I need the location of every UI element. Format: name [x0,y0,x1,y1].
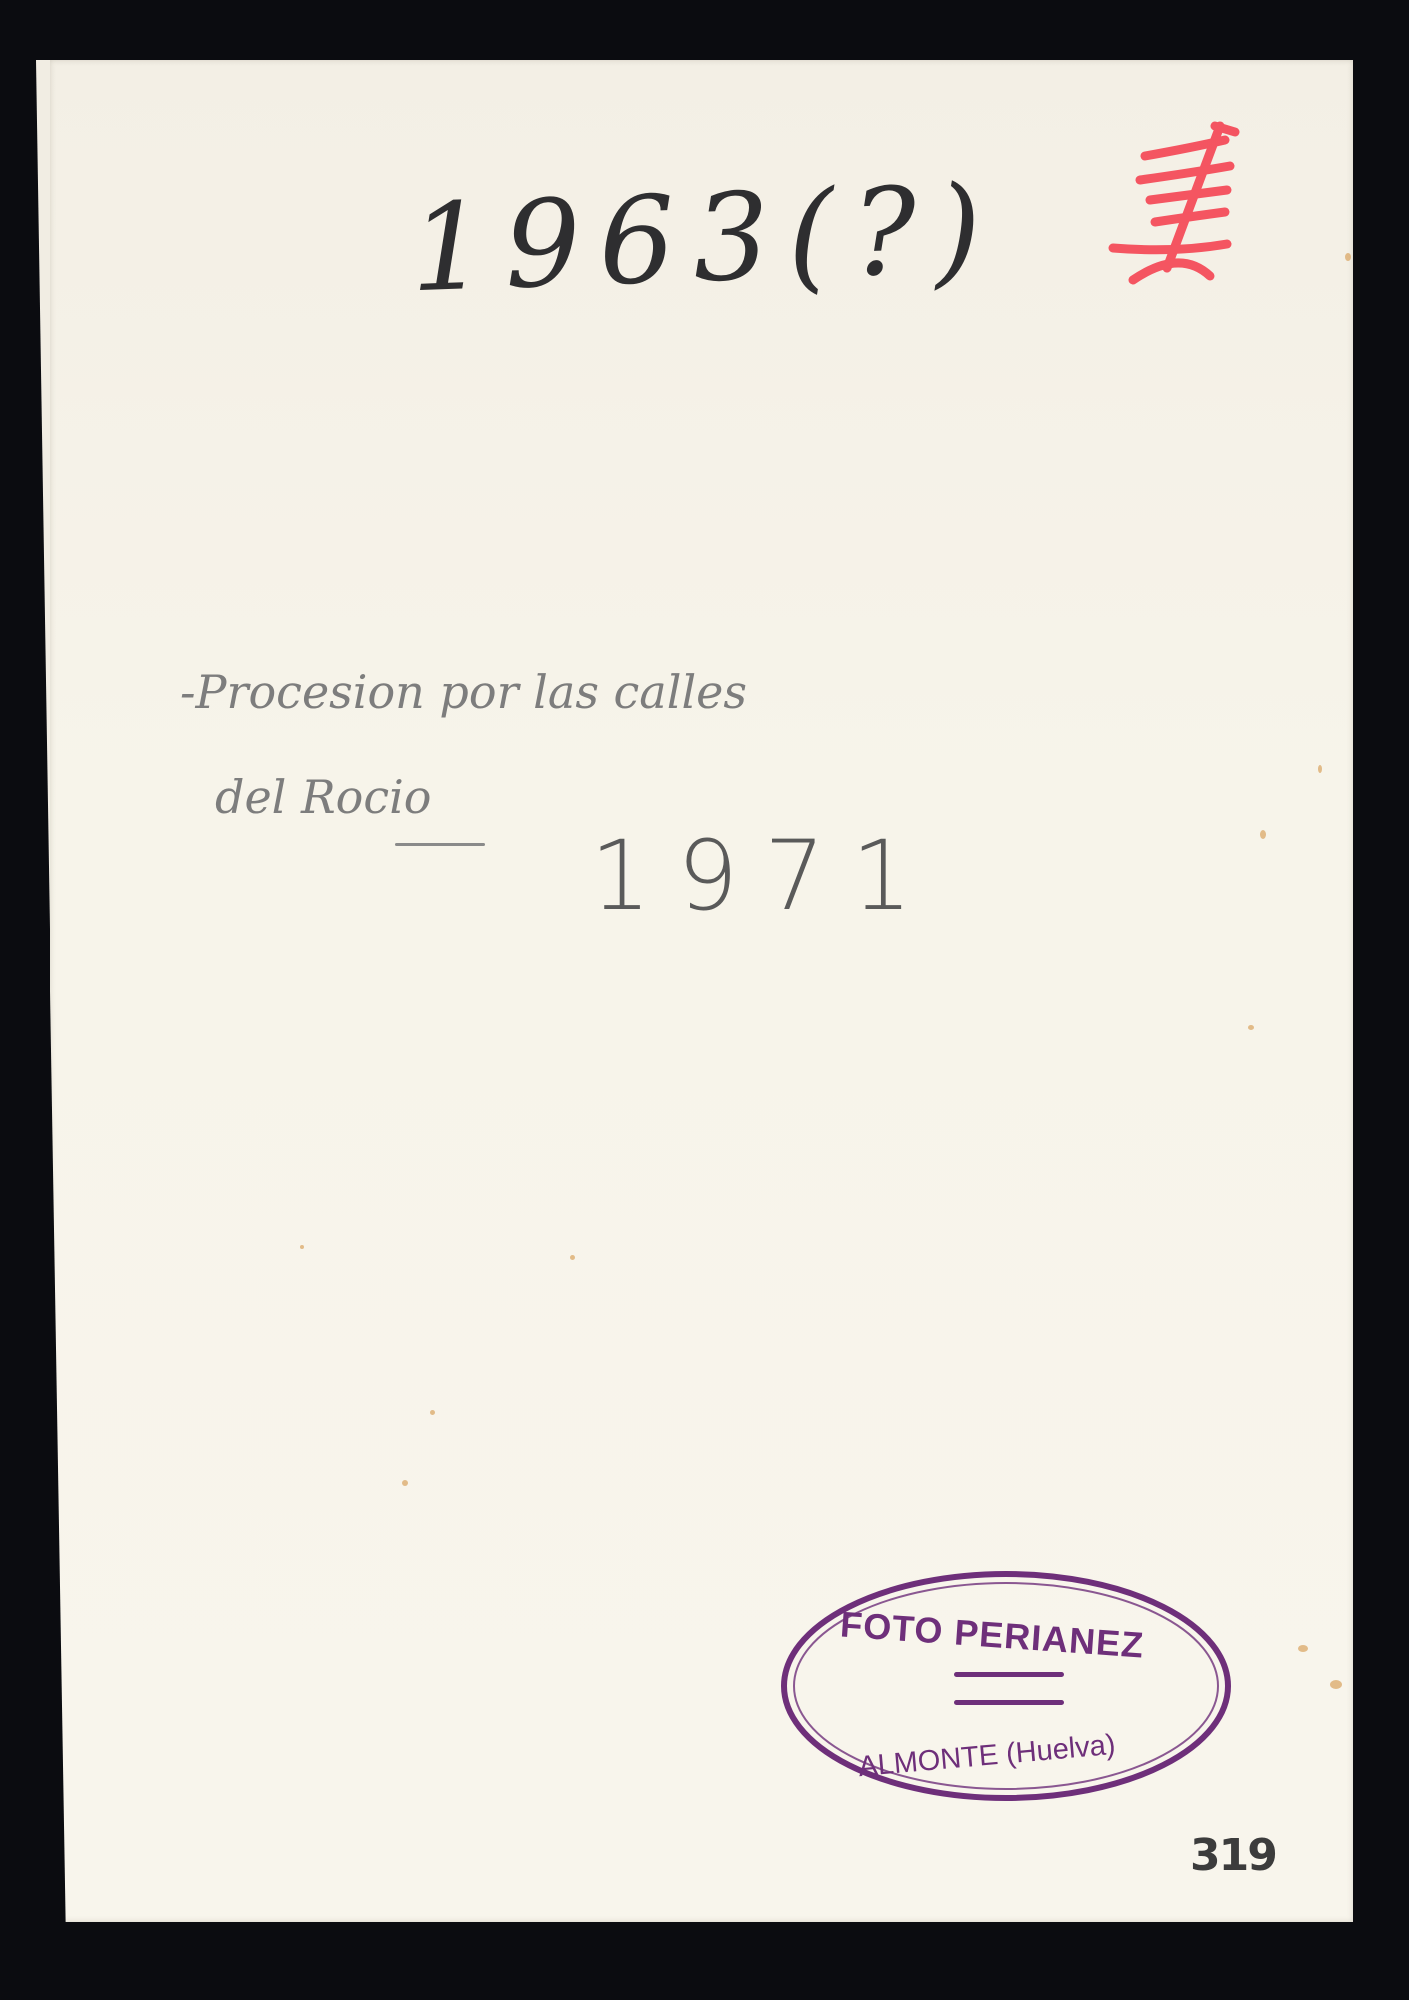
caption-underline [395,843,485,846]
foxing-spot [570,1255,575,1260]
foxing-spot [1345,253,1351,261]
catalog-number: 319 [1190,1830,1276,1881]
photographer-stamp: FOTO PERIANEZ ALMONTE (Huelva) [778,1568,1234,1804]
stamp-divider [954,1700,1064,1705]
foxing-spot [1298,1645,1308,1652]
handwritten-caption-line1: -Procesion por las calles [180,665,747,719]
handwritten-year-top: 1963(?) [408,160,1002,319]
foxing-spot [300,1245,304,1249]
handwritten-caption-line2: del Rocio [215,770,432,824]
foxing-spot [1330,1680,1342,1689]
foxing-spot [1248,1025,1254,1030]
handwritten-year-corrected: 1971 [590,820,938,932]
red-crossout-mark-icon [1105,118,1245,288]
foxing-spot [1318,765,1322,773]
foxing-spot [402,1480,408,1486]
foxing-spot [1260,830,1266,839]
foxing-spot [430,1410,435,1415]
stamp-divider [954,1672,1064,1677]
